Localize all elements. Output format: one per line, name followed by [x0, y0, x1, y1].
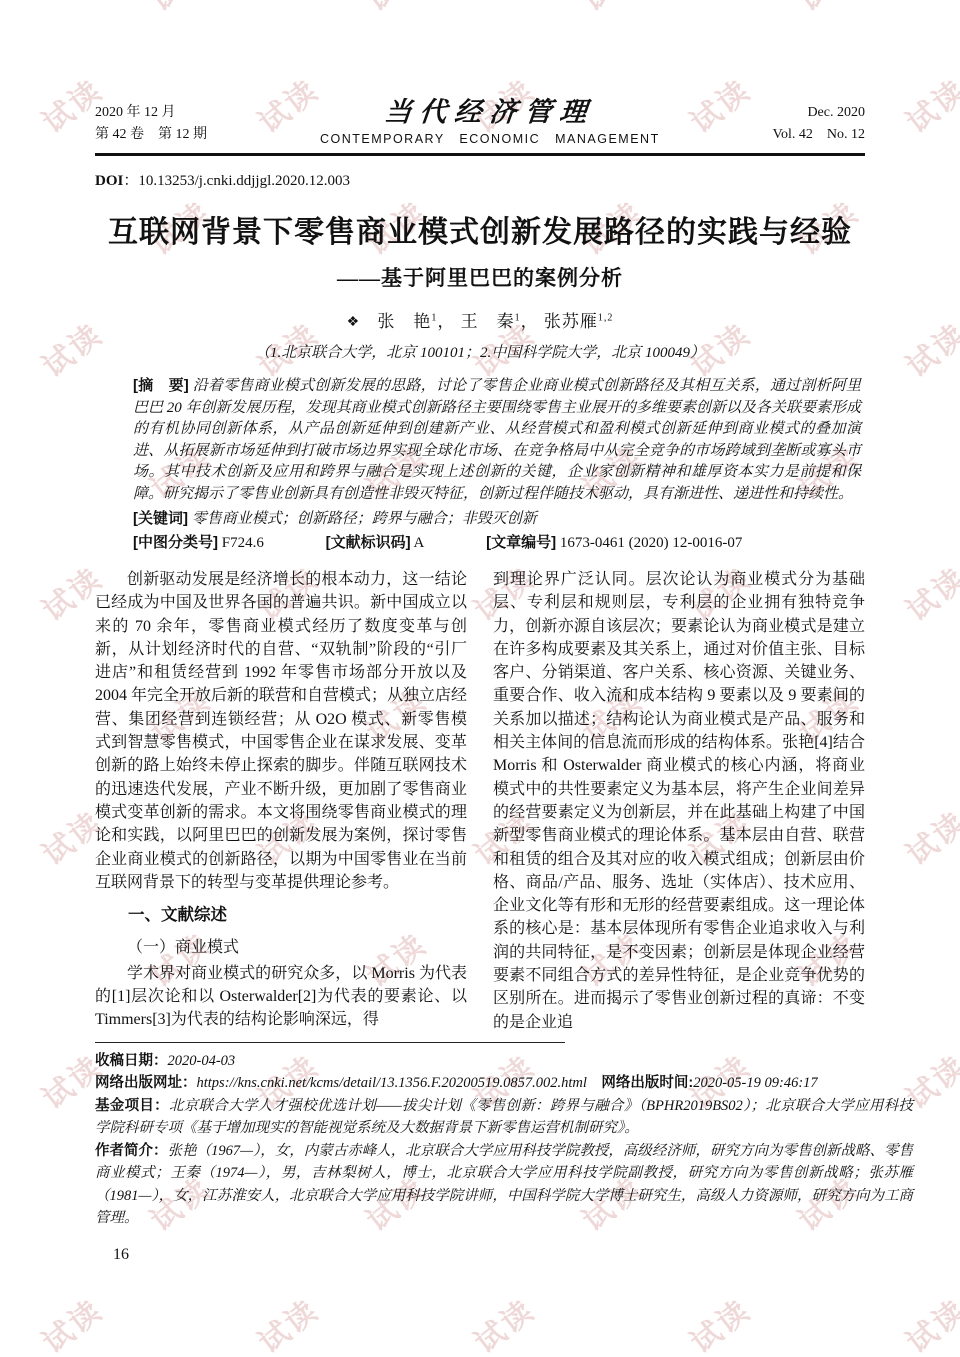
- footnote-received: 收稿日期：2020-04-03: [95, 1050, 913, 1073]
- footnotes: 收稿日期：2020-04-03 网络出版网址：https://kns.cnki.…: [95, 1050, 913, 1230]
- author: 王 秦1，: [461, 312, 539, 331]
- author: 张苏雁1,2: [544, 312, 614, 331]
- watermark-text: 试读: [247, 1286, 326, 1357]
- article-id-label: [文章编号]: [486, 534, 556, 551]
- header-center: 当代经济管理 CONTEMPORARY ECONOMIC MANAGEMENT: [320, 90, 660, 146]
- page-content: 2020 年 12 月 第 42 卷 第 12 期 当代经济管理 CONTEMP…: [0, 0, 960, 1264]
- journal-title-cn: 当代经济管理: [318, 90, 662, 129]
- footnote-rule: [95, 1042, 565, 1043]
- clc-group: [中图分类号] F724.6: [133, 535, 264, 551]
- header-right: Dec. 2020 Vol. 42 No. 12: [773, 102, 865, 146]
- journal-date-cn: 2020 年 12 月: [95, 102, 207, 124]
- page: 试读试读试读试读试读试读试读试读试读试读试读试读试读试读试读试读试读试读试读试读…: [0, 0, 960, 1357]
- abstract: [摘 要] 沿着零售商业模式创新发展的思路，讨论了零售企业商业模式创新路径及其相…: [133, 375, 861, 505]
- body-right-column: 到理论界广泛认同。层次论认为商业模式分为基础层、专利层和规则层，专利层的企业拥有…: [493, 568, 865, 1034]
- clc-value: F724.6: [222, 535, 264, 551]
- doi-line: DOI：10.13253/j.cnki.ddjjgl.2020.12.003: [95, 169, 865, 190]
- body-columns: 创新驱动发展是经济增长的根本动力，这一结论已经成为中国及世界各国的普遍共识。新中…: [95, 568, 865, 1034]
- keywords-label: [关键词]: [133, 510, 188, 527]
- authors-line: ❖ 张 艳1， 王 秦1， 张苏雁1,2: [95, 307, 865, 332]
- article-id-value: 1673-0461 (2020) 12-0016-07: [560, 535, 742, 551]
- keywords-text: 零售商业模式；创新路径；跨界与融合；非毁灭创新: [192, 511, 537, 527]
- keywords-line: [关键词] 零售商业模式；创新路径；跨界与融合；非毁灭创新: [133, 508, 861, 530]
- footnote-online: 网络出版网址：https://kns.cnki.net/kcms/detail/…: [95, 1072, 913, 1095]
- abstract-label: [摘 要]: [133, 377, 189, 394]
- watermark-text: 试读: [31, 1286, 110, 1357]
- affiliation: （1.北京联合大学，北京 100101；2.中国科学院大学，北京 100049）: [95, 341, 865, 362]
- article-title: 互联网背景下零售商业模式创新发展路径的实践与经验: [95, 213, 865, 253]
- author-affil-sup: 1,2: [598, 312, 614, 323]
- doc-code-label: [文献标识码]: [326, 534, 411, 551]
- doi-label: DOI: [95, 173, 123, 189]
- author-marker-icon: ❖: [347, 315, 361, 330]
- clc-label: [中图分类号]: [133, 534, 218, 551]
- doi-value: ：10.13253/j.cnki.ddjjgl.2020.12.003: [123, 173, 350, 189]
- section-heading: 一、文献综述: [95, 904, 467, 927]
- abstract-text: 沿着零售商业模式创新发展的思路，讨论了零售企业商业模式创新路径及其相互关系，通过…: [133, 378, 861, 502]
- intro-paragraph: 创新驱动发展是经济增长的根本动力，这一结论已经成为中国及世界各国的普遍共识。新中…: [95, 568, 467, 894]
- meta-line: [中图分类号] F724.6 [文献标识码] A [文章编号] 1673-046…: [133, 532, 861, 554]
- online-url: https://kns.cnki.net/kcms/detail/13.1356…: [197, 1075, 602, 1091]
- article-id-group: [文章编号] 1673-0461 (2020) 12-0016-07: [486, 535, 742, 551]
- journal-issue-en: Vol. 42 No. 12: [773, 124, 865, 146]
- journal-date-en: Dec. 2020: [773, 102, 865, 124]
- doc-code-value: A: [414, 535, 425, 551]
- author: 张 艳1，: [377, 312, 455, 331]
- subsection-heading: （一）商业模式: [95, 936, 467, 959]
- footnote-fund: 基金项目：北京联合大学人才强校优选计划——拔尖计划《零售创新：跨界与融合》（BP…: [95, 1095, 913, 1140]
- watermark-text: 试读: [895, 1286, 960, 1357]
- watermark-text: 试读: [679, 1286, 758, 1357]
- continuation-paragraph: 到理论界广泛认同。层次论认为商业模式分为基础层、专利层和规则层，专利层的企业拥有…: [493, 568, 865, 1034]
- page-number: 16: [95, 1246, 865, 1264]
- journal-header: 2020 年 12 月 第 42 卷 第 12 期 当代经济管理 CONTEMP…: [95, 90, 865, 146]
- header-rule: [95, 153, 865, 156]
- header-left: 2020 年 12 月 第 42 卷 第 12 期: [95, 102, 207, 146]
- article-subtitle: ——基于阿里巴巴的案例分析: [95, 262, 865, 292]
- body-left-column: 创新驱动发展是经济增长的根本动力，这一结论已经成为中国及世界各国的普遍共识。新中…: [95, 568, 467, 1034]
- journal-issue-cn: 第 42 卷 第 12 期: [95, 124, 207, 146]
- literature-paragraph: 学术界对商业模式的研究众多，以 Morris 为代表的[1]层次论和以 Oste…: [95, 962, 467, 1032]
- footnote-bio: 作者简介：张艳（1967—），女，内蒙古赤峰人，北京联合大学应用科技学院教授，高…: [95, 1140, 913, 1230]
- watermark-text: 试读: [463, 1286, 542, 1357]
- journal-title-en: CONTEMPORARY ECONOMIC MANAGEMENT: [320, 132, 660, 146]
- doc-code-group: [文献标识码] A: [326, 535, 425, 551]
